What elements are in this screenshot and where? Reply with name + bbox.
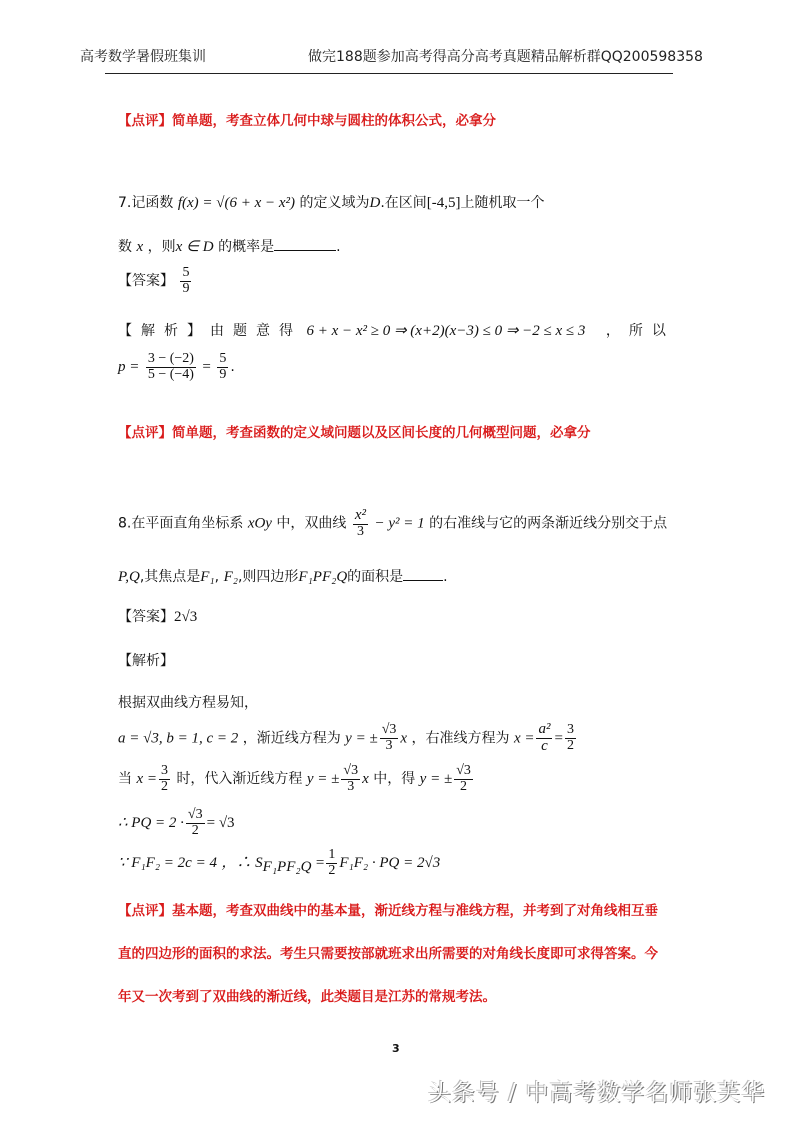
q7-var: x	[136, 239, 143, 255]
q8-answer-blank	[403, 568, 443, 581]
q8-comment-line1: 【点评】基本题，考查双曲线中的基本量，渐近线方程与准线方程，并考到了对角线相互垂	[118, 899, 658, 919]
denominator: 3	[355, 525, 366, 540]
q8-dir-result: 32	[565, 723, 576, 753]
q8-pq-rhs: = √3	[207, 815, 235, 831]
q8-text: ,其焦点是	[140, 569, 200, 585]
q8-text: 中，得	[373, 771, 415, 787]
q8-pq-fraction: √32	[186, 808, 205, 838]
denominator: 2	[190, 824, 201, 839]
numerator: 5	[217, 352, 228, 368]
header-right-title: 做完188题参加高考得高分高考真题精品解析群QQ200598358	[308, 46, 703, 66]
q7-text: 数	[118, 239, 132, 255]
answer-label: 【答案】	[118, 609, 174, 625]
q8-f1f2: ∵ F₁F₂ = 2c = 4	[118, 855, 217, 871]
denominator: 2	[159, 780, 170, 795]
watermark: 头条号 / 中高考数学名师张芙华	[428, 1074, 765, 1107]
q8-text: 的右准线与它的两条渐近线分别交于点	[429, 516, 667, 532]
q8-text: 当	[118, 771, 132, 787]
q8-text: ，右准线方程为	[412, 730, 510, 746]
q8-x-fraction: 32	[159, 764, 170, 794]
q8-asym-fraction: √33	[380, 723, 399, 753]
denominator: 2	[458, 780, 469, 795]
numerator: √3	[454, 764, 473, 780]
q7-text: ，则	[148, 239, 176, 255]
q7-answer-blank	[274, 238, 336, 251]
q8-hyperbola-rest: − y² = 1	[374, 516, 424, 532]
q8-asym-lhs: y = ±	[345, 730, 378, 746]
numerator: √3	[380, 723, 399, 739]
q8-y-fraction: √33	[341, 764, 360, 794]
numerator: 3 − (−2)	[146, 352, 196, 368]
denominator: 3	[345, 780, 356, 795]
q7-text: .在区间	[380, 195, 426, 211]
q8-prefix: 8.在平面直角坐标系	[118, 516, 243, 532]
q8-area-subscript: F₁PF₂Q	[263, 859, 312, 875]
q6-comment: 【点评】简单题，考查立体几何中球与圆柱的体积公式，必拿分	[118, 109, 496, 129]
q8-text: 中，双曲线	[276, 516, 346, 532]
q8-text: 的面积是	[347, 569, 403, 585]
q7-condition: x ∈ D	[176, 239, 214, 255]
q7-p-fraction: 3 − (−2)5 − (−4)	[146, 352, 196, 382]
q8-solution-intro: 根据双曲线方程易知，	[118, 692, 258, 712]
q8-abc: a = √3, b = 1, c = 2	[118, 730, 238, 746]
q7-comment: 【点评】简单题，考查函数的定义域问题以及区间长度的几何概型问题，必拿分	[118, 421, 591, 441]
q7-probability: p = 3 − (−2)5 − (−4) = 59.	[118, 352, 235, 382]
numerator: √3	[341, 764, 360, 780]
q8-line2: P,Q,其焦点是F₁, F₂,则四边形F₁PF₂Q的面积是.	[118, 566, 448, 586]
q8-y-lhs: y = ±	[307, 771, 340, 787]
q7-line1: 7.记函数 f(x) = √(6 + x − x²) 的定义域为D.在区间[-4…	[118, 192, 545, 212]
q7-p-result: 59	[217, 352, 228, 382]
q8-text: ，渐近线方程为	[243, 730, 341, 746]
header-left-title: 高考数学暑假班集训	[80, 46, 206, 66]
q7-text: ，所以	[606, 323, 675, 339]
denominator: 2	[326, 864, 337, 879]
q8-solution-line1: a = √3, b = 1, c = 2 ，渐近线方程为 y = ±√33x ，…	[118, 722, 578, 755]
q7-line2: 数 x ，则x ∈ D 的概率是.	[118, 236, 341, 256]
q8-var: x	[400, 730, 407, 746]
q8-eq: =	[316, 855, 324, 871]
q8-points: P,Q	[118, 569, 140, 585]
analysis-label: 【解析】由题意得	[118, 323, 302, 339]
q7-answer: 【答案】 59	[118, 266, 193, 296]
q8-coord: xOy	[248, 516, 272, 532]
q7-text: 的定义域为	[299, 195, 369, 211]
numerator: √3	[186, 808, 205, 824]
denominator: c	[539, 739, 550, 755]
q8-text: 时，代入渐近线方程	[176, 771, 302, 787]
q8-hyperbola-fraction: x²3	[353, 508, 368, 539]
q7-interval: [-4,5]	[427, 195, 461, 211]
numerator: 5	[180, 266, 191, 282]
q8-res-lhs: y = ±	[420, 771, 453, 787]
q8-solution-line2: 当 x =32 时，代入渐近线方程 y = ±√33x 中，得 y = ±√32	[118, 764, 475, 794]
q8-solution-line4: ∵ F₁F₂ = 2c = 4 ，∴ SF₁PF₂Q =12F₁F₂ · PQ …	[118, 848, 440, 878]
q7-text: 的概率是	[218, 239, 274, 255]
header-divider	[105, 73, 673, 74]
q8-dir-fraction: a²c	[536, 722, 552, 755]
q8-f1: F₁	[200, 569, 214, 585]
q8-line1: 8.在平面直角坐标系 xOy 中，双曲线 x²3 − y² = 1 的右准线与它…	[118, 508, 667, 539]
q8-f2: F₂	[224, 569, 238, 585]
q8-analysis-label: 【解析】	[118, 650, 174, 670]
q8-comment-line2: 直的四边形的面积的求法。考生只需要按部就班求出所需要的对角线长度即可求得答案。今	[118, 942, 658, 962]
q7-text: 上随机取一个	[461, 195, 545, 211]
q7-answer-fraction: 59	[180, 266, 191, 296]
page-number: 3	[392, 1042, 400, 1055]
q8-res-fraction: √32	[454, 764, 473, 794]
q8-text: ,则四边形	[238, 569, 298, 585]
q8-dir-lhs: x =	[514, 730, 535, 746]
q8-area-rhs: F₁F₂ · PQ = 2√3	[339, 855, 440, 871]
numerator: 3	[565, 723, 576, 739]
q8-solution-line3: ∴ PQ = 2 ·√32= √3	[118, 808, 235, 838]
q8-answer: 【答案】2√3	[118, 606, 197, 626]
numerator: 1	[326, 848, 337, 864]
q7-prefix: 7.记函数	[118, 195, 173, 211]
q8-x-lhs: x =	[136, 771, 157, 787]
numerator: a²	[536, 722, 552, 739]
q7-domain-symbol: D	[369, 195, 380, 211]
q8-pq-lhs: ∴ PQ = 2 ·	[118, 815, 184, 831]
q7-p-lhs: p =	[118, 359, 139, 375]
denominator: 2	[565, 739, 576, 754]
numerator: x²	[353, 508, 368, 525]
answer-label: 【答案】	[118, 273, 174, 289]
denominator: 9	[180, 282, 191, 297]
denominator: 3	[384, 739, 395, 754]
q8-area-symbol: ，∴ S	[221, 855, 262, 871]
denominator: 9	[217, 368, 228, 383]
q7-function: f(x) = √(6 + x − x²)	[178, 195, 295, 211]
q8-quadrilateral: F₁PF₂Q	[298, 569, 347, 585]
numerator: 3	[159, 764, 170, 780]
q8-answer-value: 2√3	[174, 609, 197, 625]
q7-analysis: 【解析】由题意得 6 + x − x² ≥ 0 ⇒ (x+2)(x−3) ≤ 0…	[118, 320, 675, 340]
q7-analysis-math: 6 + x − x² ≥ 0 ⇒ (x+2)(x−3) ≤ 0 ⇒ −2 ≤ x…	[306, 323, 585, 339]
q8-comment-line3: 年又一次考到了双曲线的渐近线，此类题目是江苏的常规考法。	[118, 985, 496, 1005]
q8-half-fraction: 12	[326, 848, 337, 878]
denominator: 5 − (−4)	[146, 368, 196, 383]
